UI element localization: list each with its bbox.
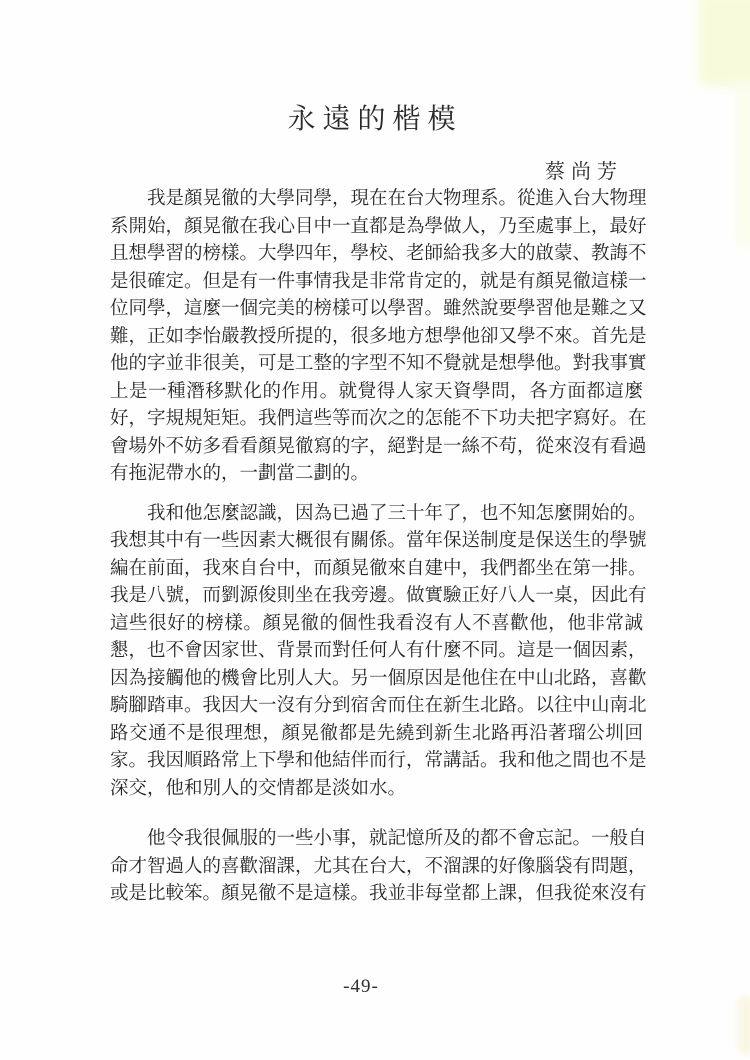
text-line: 編在前面，我來自台中，而顏晃徹來自建中，我們都坐在第一排。: [110, 556, 643, 584]
paragraph-3: 他令我很佩服的一些小事，就記憶所及的都不會忘記。一般自 命才智過人的喜歡溜課，尤…: [110, 826, 643, 909]
text-line: 我是顏晃徹的大學同學，現在在台大物理系。從進入台大物理: [110, 186, 643, 214]
text-line: 懇，也不會因家世、背景而對任何人有什麼不同。這是一個因素，: [110, 638, 643, 666]
text-line: 命才智過人的喜歡溜課，尤其在台大，不溜課的好像腦袋有問題，: [110, 854, 643, 882]
text-line: 難，正如李怡嚴教授所提的，很多地方想學他卻又學不來。首先是: [110, 324, 643, 352]
text-line: 有拖泥帶水的，一劃當二劃的。: [110, 461, 643, 489]
text-line: 是很確定。但是有一件事情我是非常肯定的，就是有顏晃徹這樣一: [110, 269, 643, 297]
text-line: 這些很好的榜樣。顏晃徹的個性我看沒有人不喜歡他，他非常誠: [110, 611, 643, 639]
author-name: 蔡尚芳: [110, 155, 643, 184]
text-line: 會場外不妨多看看顏晃徹寫的字，絕對是一絲不苟，從來沒有看過: [110, 434, 643, 462]
text-line: 我和他怎麼認識，因為已過了三十年了，也不知怎麼開始的。: [110, 501, 643, 529]
scan-stain-bottom-right: [738, 996, 750, 1054]
text-line: 上是一種潛移默化的作用。就覺得人家天資學問，各方面都這麼: [110, 379, 643, 407]
text-line: 好，字規規矩矩。我們這些等而次之的怎能不下功夫把字寫好。在: [110, 406, 643, 434]
text-line: 深交，他和別人的交情都是淡如水。: [110, 776, 643, 804]
document-page: 永遠的楷模 蔡尚芳 我是顏晃徹的大學同學，現在在台大物理系。從進入台大物理 系開…: [0, 0, 750, 1060]
text-line: 路交通不是很理想，顏晃徹都是先繞到新生北路再沿著瑠公圳回: [110, 721, 643, 749]
text-line: 我想其中有一些因素大概很有關係。當年保送制度是保送生的學號: [110, 528, 643, 556]
text-line: 我是八號，而劉源俊則坐在我旁邊。做實驗正好八人一桌，因此有: [110, 583, 643, 611]
page-number: -49-: [0, 976, 722, 998]
paragraph-1: 我是顏晃徹的大學同學，現在在台大物理系。從進入台大物理 系開始，顏晃徹在我心目中…: [110, 186, 643, 489]
document-title: 永遠的楷模: [0, 97, 750, 137]
text-line: 他的字並非很美，可是工整的字型不知不覺就是想學他。對我事實: [110, 351, 643, 379]
text-line: 位同學，這麼一個完美的榜樣可以學習。雖然說要學習他是難之又: [110, 296, 643, 324]
paragraph-2: 我和他怎麼認識，因為已過了三十年了，也不知怎麼開始的。 我想其中有一些因素大概很…: [110, 501, 643, 804]
text-line: 或是比較笨。顏晃徹不是這樣。我並非每堂都上課，但我從來沒有: [110, 881, 643, 909]
text-line: 他令我很佩服的一些小事，就記憶所及的都不會忘記。一般自: [110, 826, 643, 854]
text-line: 家。我因順路常上下學和他結伴而行，常講話。我和他之間也不是: [110, 748, 643, 776]
text-line: 騎腳踏車。我因大一沒有分到宿舍而住在新生北路。以往中山南北: [110, 693, 643, 721]
scan-stain-top-right: [698, 0, 750, 87]
text-line: 系開始，顏晃徹在我心目中一直都是為學做人，乃至處事上，最好: [110, 214, 643, 242]
text-line: 因為接觸他的機會比別人大。另一個原因是他住在中山北路，喜歡: [110, 666, 643, 694]
text-line: 且想學習的榜樣。大學四年，學校、老師給我多大的啟蒙、教誨不: [110, 241, 643, 269]
body-text: 我是顏晃徹的大學同學，現在在台大物理系。從進入台大物理 系開始，顏晃徹在我心目中…: [110, 186, 643, 909]
